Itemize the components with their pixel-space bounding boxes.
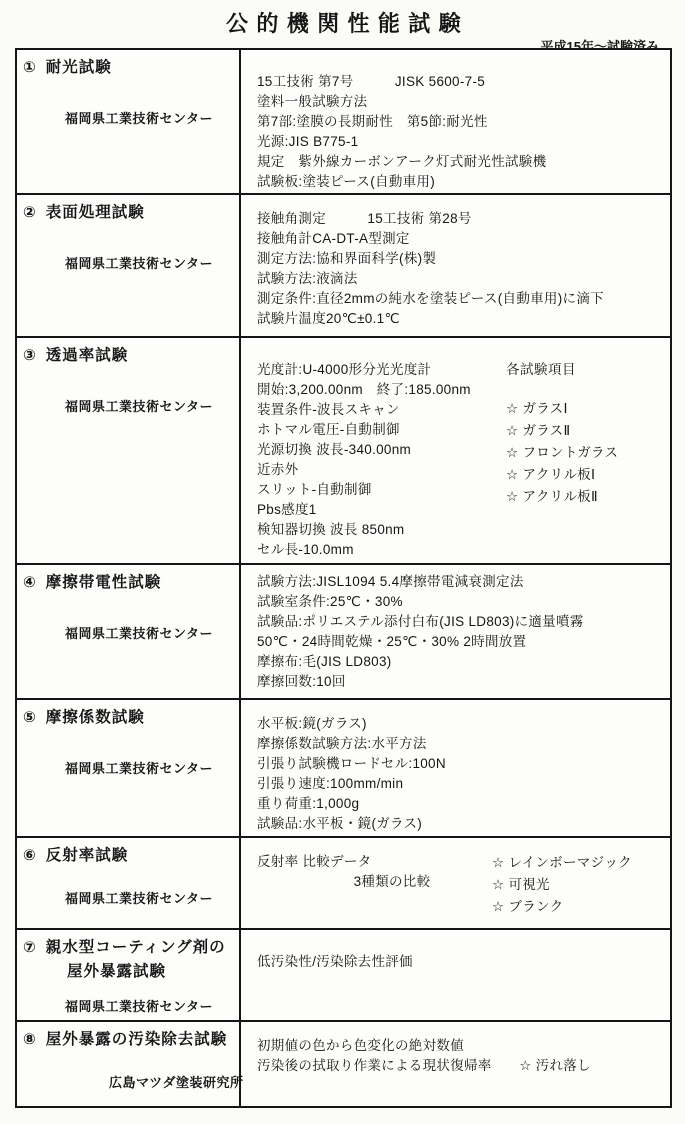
row-5-number: ⑤: [23, 707, 37, 728]
row-1-title: ① 耐光試験: [23, 57, 235, 78]
row-1-details: 15工技術 第7号 JISK 5600-7-5塗料一般試験方法第7部:塗膜の長期…: [257, 72, 664, 192]
detail-line: 水平板:鏡(ガラス): [257, 714, 664, 734]
row-3-side-items: ☆ ガラスⅠ☆ ガラスⅡ☆ フロントガラス☆ アクリル板Ⅰ☆ アクリル板Ⅱ: [506, 398, 664, 508]
detail-line: 試験片温度20℃±0.1℃: [257, 309, 664, 329]
row-3-side-header: 各試験項目: [506, 360, 664, 380]
table-row-5-friction-coefficient: ⑤ 摩擦係数試験 福岡県工業技術センター 水平板:鏡(ガラス)摩擦係数試験方法:…: [17, 700, 670, 838]
row-1-left-cell: ① 耐光試験 福岡県工業技術センター: [17, 50, 241, 193]
detail-line: 50℃・24時間乾燥・25℃・30% 2時間放置: [257, 632, 664, 652]
row-6-name: 反射率試験: [46, 845, 129, 866]
detail-line: 測定条件:直径2mmの純水を塗装ピース(自動車用)に滴下: [257, 289, 664, 309]
detail-line: 塗料一般試験方法: [257, 92, 664, 112]
detail-line: セル長-10.0mm: [257, 540, 506, 560]
row-2-details: 接触角測定 15工技術 第28号接触角計CA-DT-A型測定測定方法:協和界面科…: [257, 209, 664, 329]
row-8-number: ⑧: [23, 1029, 37, 1050]
table-row-2-surface-treatment: ② 表面処理試験 福岡県工業技術センター 接触角測定 15工技術 第28号接触角…: [17, 195, 670, 338]
row-3-details: 光度計:U-4000形分光光度計開始:3,200.00nm 終了:185.00n…: [257, 360, 506, 560]
row-5-name: 摩擦係数試験: [46, 707, 145, 728]
row-6-org: 福岡県工業技術センター: [23, 888, 235, 907]
row-7-org: 福岡県工業技術センター: [23, 996, 235, 1015]
detail-line: 摩擦係数試験方法:水平方法: [257, 734, 664, 754]
detail-line: 測定方法:協和界面科学(株)製: [257, 249, 664, 269]
row-7-title: ⑦ 親水型コーティング剤の: [23, 937, 235, 958]
detail-line: 試験室条件:25℃・30%: [257, 592, 664, 612]
detail-line: 光源:JIS B775-1: [257, 132, 664, 152]
detail-line: 光源切換 波長-340.00nm: [257, 440, 506, 460]
performance-test-table: ① 耐光試験 福岡県工業技術センター 15工技術 第7号 JISK 5600-7…: [15, 48, 672, 1108]
row-5-left-cell: ⑤ 摩擦係数試験 福岡県工業技術センター: [17, 700, 241, 836]
detail-line: Pbs感度1: [257, 500, 506, 520]
table-row-8-stain-removal: ⑧ 屋外暴露の汚染除去試験 広島マツダ塗装研究所 初期値の色から色変化の絶対数値…: [17, 1022, 670, 1106]
row-8-title: ⑧ 屋外暴露の汚染除去試験: [23, 1029, 235, 1050]
detail-line: 初期値の色から色変化の絶対数値: [257, 1036, 664, 1056]
row-6-side-items: ☆ レインボーマジック☆ 可視光☆ ブランク: [492, 852, 664, 918]
detail-line: 試験方法:JISL1094 5.4摩擦帯電減衰測定法: [257, 572, 664, 592]
detail-line: ☆ アクリル板Ⅰ: [506, 464, 664, 486]
row-8-org: 広島マツダ塗装研究所: [23, 1072, 235, 1091]
row-3-number: ③: [23, 345, 37, 366]
detail-line: ☆ ガラスⅡ: [506, 420, 664, 442]
row-3-left-cell: ③ 透過率試験 福岡県工業技術センター: [17, 338, 241, 563]
detail-line: 3種類の比較: [257, 872, 492, 892]
row-6-title: ⑥ 反射率試験: [23, 845, 235, 866]
row-3-title: ③ 透過率試験: [23, 345, 235, 366]
row-4-number: ④: [23, 572, 37, 593]
row-2-right-cell: 接触角測定 15工技術 第28号接触角計CA-DT-A型測定測定方法:協和界面科…: [241, 195, 670, 336]
row-6-left-cell: ⑥ 反射率試験 福岡県工業技術センター: [17, 838, 241, 928]
page-title: 公的機関性能試験: [0, 0, 685, 38]
row-3-right-cell: 光度計:U-4000形分光光度計開始:3,200.00nm 終了:185.00n…: [241, 338, 670, 563]
row-7-number: ⑦: [23, 937, 37, 958]
detail-line: 接触角計CA-DT-A型測定: [257, 229, 664, 249]
row-1-number: ①: [23, 57, 37, 78]
row-2-left-cell: ② 表面処理試験 福岡県工業技術センター: [17, 195, 241, 336]
detail-line: ホトマル電圧-自動制御: [257, 420, 506, 440]
detail-line: 接触角測定 15工技術 第28号: [257, 209, 664, 229]
detail-line: 第7部:塗膜の長期耐性 第5節:耐光性: [257, 112, 664, 132]
row-6-details: 反射率 比較データ 3種類の比較: [257, 852, 492, 892]
table-row-1-light-resistance: ① 耐光試験 福岡県工業技術センター 15工技術 第7号 JISK 5600-7…: [17, 50, 670, 195]
row-1-name: 耐光試験: [46, 57, 112, 78]
row-4-title: ④ 摩擦帯電性試験: [23, 572, 235, 593]
detail-line: 検知器切換 波長 850nm: [257, 520, 506, 540]
side-gap: [506, 380, 664, 398]
table-row-6-reflectance: ⑥ 反射率試験 福岡県工業技術センター 反射率 比較データ 3種類の比較 ☆ レ…: [17, 838, 670, 930]
row-7-left-cell: ⑦ 親水型コーティング剤の 屋外暴露試験 福岡県工業技術センター: [17, 930, 241, 1020]
row-4-right-cell: 試験方法:JISL1094 5.4摩擦帯電減衰測定法試験室条件:25℃・30%試…: [241, 565, 670, 698]
table-row-4-friction-electrification: ④ 摩擦帯電性試験 福岡県工業技術センター 試験方法:JISL1094 5.4摩…: [17, 565, 670, 700]
row-1-right-cell: 15工技術 第7号 JISK 5600-7-5塗料一般試験方法第7部:塗膜の長期…: [241, 50, 670, 193]
row-8-left-cell: ⑧ 屋外暴露の汚染除去試験 広島マツダ塗装研究所: [17, 1022, 241, 1106]
detail-line: ☆ ブランク: [492, 896, 664, 918]
row-8-name: 屋外暴露の汚染除去試験: [46, 1029, 228, 1050]
row-7-name-line2: 屋外暴露試験: [23, 961, 235, 982]
row-5-title: ⑤ 摩擦係数試験: [23, 707, 235, 728]
row-4-name: 摩擦帯電性試験: [46, 572, 162, 593]
row-3-name: 透過率試験: [46, 345, 129, 366]
detail-line: ☆ フロントガラス: [506, 442, 664, 464]
detail-line: ☆ ガラスⅠ: [506, 398, 664, 420]
detail-line: 規定 紫外線カーボンアーク灯式耐光性試験機: [257, 152, 664, 172]
detail-line: 試験板:塗装ピース(自動車用): [257, 172, 664, 192]
row-6-number: ⑥: [23, 845, 37, 866]
detail-line: 試験品:ポリエステル添付白布(JIS LD803)に適量噴霧: [257, 612, 664, 632]
detail-line: 引張り速度:100mm/min: [257, 774, 664, 794]
row-8-details: 初期値の色から色変化の絶対数値汚染後の拭取り作業による現状復帰率 ☆ 汚れ落し: [257, 1036, 664, 1076]
detail-line: ☆ レインボーマジック: [492, 852, 664, 874]
detail-line: 重り荷重:1,000g: [257, 794, 664, 814]
detail-line: スリット-自動制御: [257, 480, 506, 500]
detail-line: 摩擦回数:10回: [257, 672, 664, 692]
row-8-right-cell: 初期値の色から色変化の絶対数値汚染後の拭取り作業による現状復帰率 ☆ 汚れ落し: [241, 1022, 670, 1106]
row-7-details: 低汚染性/汚染除去性評価: [257, 952, 664, 972]
table-row-7-outdoor-exposure: ⑦ 親水型コーティング剤の 屋外暴露試験 福岡県工業技術センター 低汚染性/汚染…: [17, 930, 670, 1022]
row-3-test-items-column: 各試験項目 ☆ ガラスⅠ☆ ガラスⅡ☆ フロントガラス☆ アクリル板Ⅰ☆ アクリ…: [506, 360, 664, 508]
row-6-right-cell: 反射率 比較データ 3種類の比較 ☆ レインボーマジック☆ 可視光☆ ブランク: [241, 838, 670, 928]
detail-line: 摩擦布:毛(JIS LD803): [257, 652, 664, 672]
row-3-org: 福岡県工業技術センター: [23, 396, 235, 415]
detail-line: 試験方法:液滴法: [257, 269, 664, 289]
row-6-test-items-column: ☆ レインボーマジック☆ 可視光☆ ブランク: [492, 852, 664, 918]
row-4-org: 福岡県工業技術センター: [23, 623, 235, 642]
row-5-right-cell: 水平板:鏡(ガラス)摩擦係数試験方法:水平方法引張り試験機ロードセル:100N引…: [241, 700, 670, 836]
detail-line: ☆ 可視光: [492, 874, 664, 896]
row-4-details: 試験方法:JISL1094 5.4摩擦帯電減衰測定法試験室条件:25℃・30%試…: [257, 572, 664, 692]
row-5-details: 水平板:鏡(ガラス)摩擦係数試験方法:水平方法引張り試験機ロードセル:100N引…: [257, 714, 664, 834]
row-7-right-cell: 低汚染性/汚染除去性評価: [241, 930, 670, 1020]
detail-line: 光度計:U-4000形分光光度計: [257, 360, 506, 380]
row-4-left-cell: ④ 摩擦帯電性試験 福岡県工業技術センター: [17, 565, 241, 698]
detail-line: 開始:3,200.00nm 終了:185.00nm: [257, 380, 506, 400]
row-2-name: 表面処理試験: [46, 202, 145, 223]
detail-line: 引張り試験機ロードセル:100N: [257, 754, 664, 774]
detail-line: 試験品:水平板・鏡(ガラス): [257, 814, 664, 834]
detail-line: ☆ アクリル板Ⅱ: [506, 486, 664, 508]
detail-line: 低汚染性/汚染除去性評価: [257, 952, 664, 972]
row-2-title: ② 表面処理試験: [23, 202, 235, 223]
detail-line: 15工技術 第7号 JISK 5600-7-5: [257, 72, 664, 92]
row-2-org: 福岡県工業技術センター: [23, 253, 235, 272]
row-1-org: 福岡県工業技術センター: [23, 108, 235, 127]
row-2-number: ②: [23, 202, 37, 223]
row-5-org: 福岡県工業技術センター: [23, 758, 235, 777]
table-row-3-transmittance: ③ 透過率試験 福岡県工業技術センター 光度計:U-4000形分光光度計開始:3…: [17, 338, 670, 565]
row-7-name: 親水型コーティング剤の: [46, 937, 226, 958]
detail-line: 近赤外: [257, 460, 506, 480]
detail-line: 反射率 比較データ: [257, 852, 492, 872]
detail-line: 汚染後の拭取り作業による現状復帰率 ☆ 汚れ落し: [257, 1056, 664, 1076]
detail-line: 装置条件-波長スキャン: [257, 400, 506, 420]
